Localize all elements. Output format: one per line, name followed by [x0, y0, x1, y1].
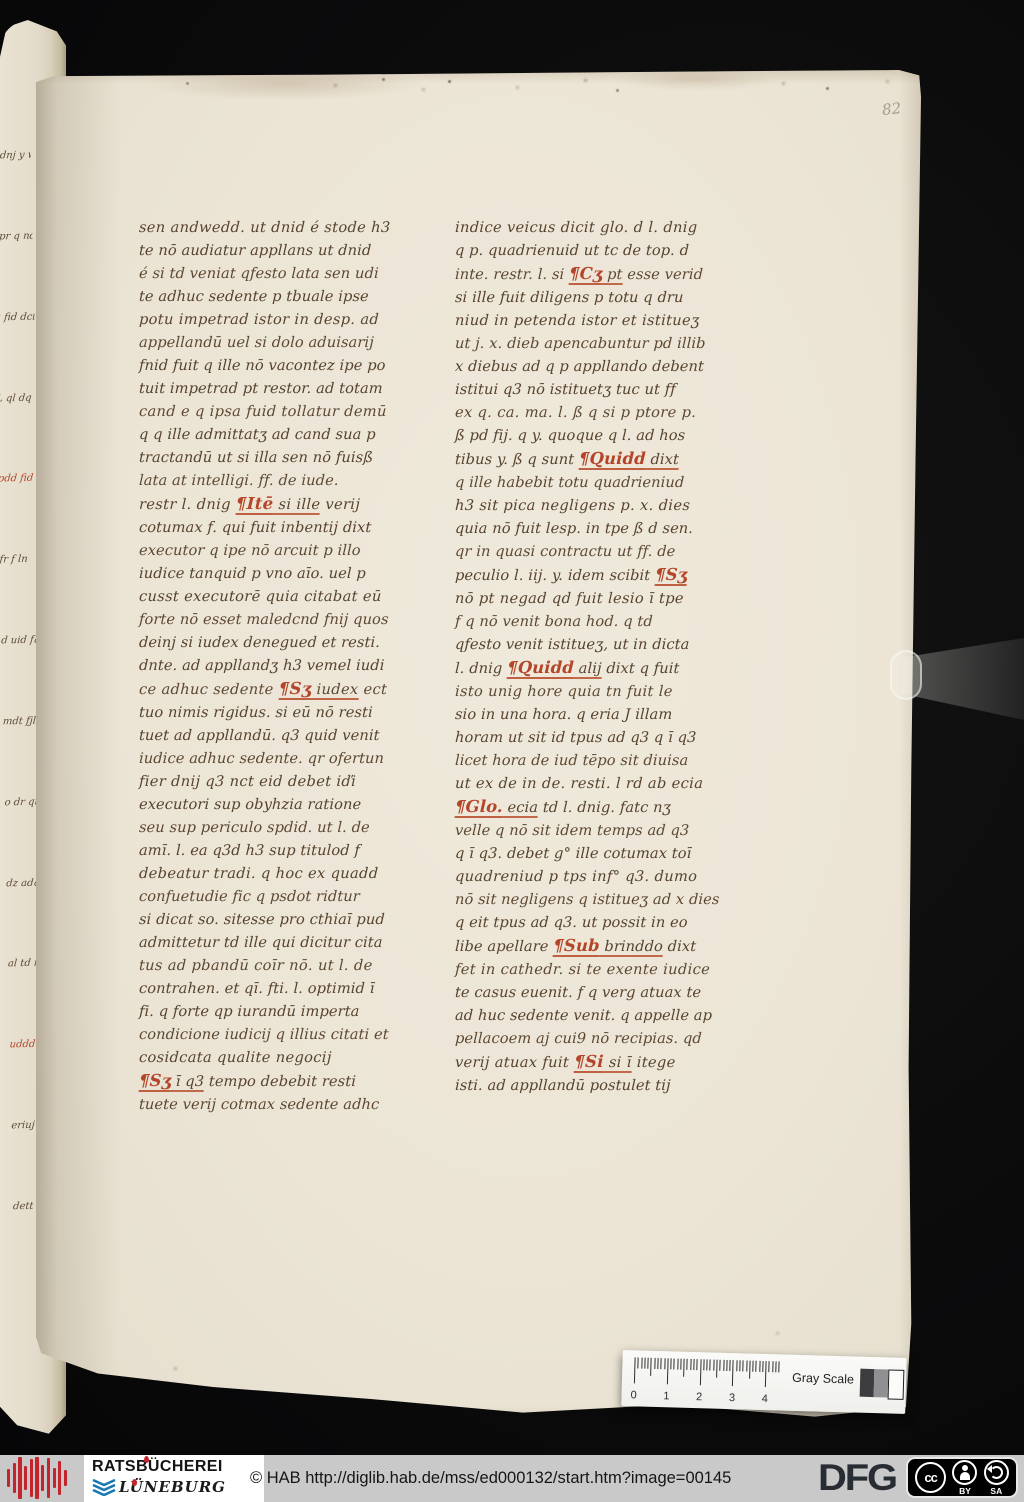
- foxing-stains: [186, 82, 189, 85]
- manuscript-line: debeatur tradi. q hoc ex quadd: [139, 862, 408, 885]
- manuscript-line: confuetudie fic q psdot ridtur: [139, 885, 408, 908]
- ruler-tick: [762, 1361, 763, 1372]
- cc-license-badge[interactable]: cc BY SA: [906, 1457, 1018, 1498]
- ruler-tick: [647, 1358, 648, 1369]
- manuscript-line: niud in petenda istor et istitueʒ: [455, 309, 724, 332]
- edge-text-fragment: L ql dq: [0, 392, 37, 404]
- ruler-tick: [723, 1360, 724, 1371]
- rubric-mark: ¶Sub: [553, 936, 600, 957]
- manuscript-line: executori sup obyhzia ratione: [139, 793, 408, 816]
- manuscript-line: cand e q ipsa fuid tollatur demū: [139, 400, 408, 423]
- manuscript-line: te nō audiatur appllans ut dnid: [139, 239, 408, 262]
- ruler-tick: [779, 1361, 780, 1372]
- manuscript-line: l. dnig ¶Quidd alij dixt q fuit: [455, 656, 724, 680]
- manuscript-line: dnte. ad appllandʒ h3 vemel iudi: [139, 654, 408, 677]
- rubric-mark: ¶Itē: [235, 494, 273, 515]
- ruler-tick: [710, 1359, 711, 1370]
- rubric-mark: ¶Glo.: [455, 797, 504, 818]
- manuscript-line: te casus euenit. f q verg atuax te: [455, 981, 724, 1004]
- manuscript-line: istitui q3 nō istituetʒ tuc ut ff: [455, 378, 724, 401]
- manuscript-line: si ille fuit diligens p totu q dru: [455, 286, 724, 309]
- manuscript-line: qfesto venit istitueʒ, ut in dicta: [455, 633, 724, 656]
- ruler-tick: [683, 1359, 685, 1377]
- manuscript-line: q ī q3. debet g° ille cotumax toī: [455, 842, 724, 865]
- ruler-tick: [752, 1361, 753, 1372]
- ruler-tick: [746, 1360, 747, 1371]
- manuscript-line: q ille habebit totu quadrieniud: [455, 471, 724, 494]
- manuscript-line: forte nō esset maledcnd fnij quos: [139, 608, 408, 631]
- manuscript-line: licet hora de iud tēpo sit diuisa: [455, 749, 724, 772]
- manuscript-line: ce adhuc sedente ¶Sʒ iudex ect: [139, 677, 408, 701]
- folio-number: 82: [881, 99, 902, 119]
- manuscript-line: lata at intelligi. ff. de iude.: [139, 469, 408, 492]
- ruler-tick: [661, 1358, 662, 1369]
- ruler-tick-label: 2: [696, 1391, 702, 1403]
- logo-bar: [13, 1463, 16, 1493]
- manuscript-line: ex q. ca. ma. l. ß q si p ptore p.: [455, 401, 724, 424]
- ruler-tick: [693, 1359, 694, 1370]
- edge-text-fragment: dpr q nd: [0, 231, 33, 243]
- umlaut-drop-icon: [132, 1479, 137, 1486]
- cc-icon: cc: [915, 1462, 946, 1493]
- ruler-tick: [690, 1359, 691, 1370]
- manuscript-line: appellandū uel si dolo aduisarij: [139, 331, 408, 354]
- manuscript-line: tractandū ut si illa sen nō fuisß: [139, 446, 408, 469]
- rubric-mark: ¶Sʒ: [139, 1071, 172, 1092]
- rubric-mark: ¶Cʒ: [569, 264, 603, 285]
- manuscript-line: sen andwedd. ut dnid é stode h3: [139, 216, 408, 239]
- manuscript-line: tuit impetrad pt restor. ad totam: [139, 377, 408, 400]
- manuscript-page: 82 sen andwedd. ut dnid é stode h3te nō …: [36, 70, 921, 1418]
- ruler-tick: [641, 1358, 642, 1369]
- share-alike-arrow-icon: [984, 1460, 1009, 1485]
- manuscript-line: quadreniud p tps inf° q3. dumo: [455, 865, 724, 888]
- rubric-mark: ¶Sʒ: [655, 565, 688, 586]
- manuscript-line: restr l. dnig ¶Itē si ille verij: [139, 492, 408, 516]
- manuscript-line: potu impetrad istor in desp. ad: [139, 308, 408, 331]
- manuscript-line: nō sit negligens q istitueʒ ad x dies: [455, 888, 724, 911]
- ruler-tick: [638, 1357, 639, 1368]
- manuscript-line: condicione iudicij q illius citati et: [139, 1023, 408, 1046]
- manuscript-line: cotumax f. qui fuit inbentij dixt: [139, 516, 408, 539]
- manuscript-line: deinj si iudex denegued et resti.: [139, 631, 408, 654]
- ruler-tick: [644, 1358, 645, 1369]
- manuscript-line: iudice tanquid p vno aīo. uel p: [139, 562, 408, 585]
- manuscript-line: tuet ad appllandū. q3 quid venit: [139, 724, 408, 747]
- ruler-tick: [756, 1361, 757, 1372]
- manuscript-line: é si td veniat qfesto lata sen udi: [139, 262, 408, 285]
- manuscript-line: contrahen. et qī. fti. l. optimid ī: [139, 977, 408, 1000]
- manuscript-line: peculio l. iij. y. idem scibit ¶Sʒ: [455, 563, 724, 587]
- patch-dark-gray: [860, 1369, 875, 1397]
- edge-text-fragment: ɔ dnj y wvi: [0, 150, 31, 162]
- ruler-tick: [703, 1359, 704, 1370]
- ruler-tick-label: 1: [663, 1390, 669, 1402]
- manuscript-line: fier dnij q3 nct eid debet iďi: [139, 770, 408, 793]
- ruler-tick-label: 0: [630, 1389, 636, 1401]
- manuscript-line: nō pt negad qd fuit lesio ī tpe: [455, 587, 724, 610]
- logo-bar: [7, 1469, 10, 1487]
- manuscript-line: isti. ad appllandū postulet tij: [455, 1074, 724, 1097]
- manuscript-line: velle q nō sit idem temps ad q3: [455, 819, 724, 842]
- logo-bar: [47, 1458, 50, 1498]
- logo-bar: [30, 1459, 33, 1497]
- ruler-tick: [726, 1360, 727, 1371]
- ruler-tick: [706, 1359, 707, 1370]
- ruler-tick-label: 3: [729, 1392, 735, 1404]
- logo-bar: [41, 1465, 44, 1491]
- edge-text-fragment: d uid fqd: [1, 635, 42, 647]
- ruler-tick: [674, 1358, 675, 1369]
- ruler-tick: [713, 1360, 714, 1371]
- logo-bar: [35, 1457, 38, 1499]
- manuscript-line: ¶Glo. ecia td l. dnig. fatc nʒ: [455, 795, 724, 819]
- ruler-tick: [651, 1358, 653, 1376]
- manuscript-line: admittetur td ille qui dicitur cita: [139, 931, 408, 954]
- ruler-tick: [765, 1361, 767, 1387]
- ruler-tick: [687, 1359, 688, 1370]
- manuscript-column-right: indice veicus dicit glo. d l. dnigq p. q…: [455, 216, 723, 1097]
- ruler-tick: [677, 1359, 678, 1370]
- ruler-tick: [749, 1361, 751, 1379]
- logo-bar: [53, 1468, 56, 1488]
- ruler-tick: [759, 1361, 760, 1372]
- ruler-tick: [772, 1361, 773, 1372]
- manuscript-line: cosidcata qualite negocij: [139, 1046, 408, 1069]
- sa-label: SA: [990, 1486, 1002, 1496]
- manuscript-line: ut j. x. dieb apencabuntur pd illib: [455, 332, 724, 355]
- manuscript-line: isto unig hore quia tn fuit le: [455, 680, 724, 703]
- manuscript-line: tus ad pbandū coīr nō. ut l. de: [139, 954, 408, 977]
- manuscript-line: ß pd fij. q y. quoque q l. ad hos: [455, 424, 724, 447]
- ruler-tick-label: 4: [762, 1393, 768, 1405]
- manuscript-line: ad huc sedente venit. q appelle ap: [455, 1004, 724, 1027]
- manuscript-line: tuo nimis rigidus. si eū nō resti: [139, 701, 408, 724]
- attribution-person-icon: [952, 1460, 977, 1485]
- manuscript-line: amī. l. ea q3d h3 sup titulod f: [139, 839, 408, 862]
- library-name: RATSBÜCHEREI: [92, 1458, 223, 1476]
- manuscript-line: fnid fuit q ille nō vacontez ipe po: [139, 354, 408, 377]
- edge-text-fragment: u fid dct: [0, 311, 35, 323]
- library-bars-icon: [7, 1457, 67, 1499]
- manuscript-line: h3 sit pica negligens p. x. dies: [455, 494, 724, 517]
- ruler-tick: [729, 1360, 730, 1371]
- manuscript-column-left: sen andwedd. ut dnid é stode h3te nō aud…: [139, 216, 407, 1116]
- edge-text-fragment: pdd fid: [0, 473, 38, 485]
- patch-white: [888, 1369, 905, 1399]
- manuscript-line: iudice adhuc sedente. qr ofertun: [139, 747, 408, 770]
- patch-mid-gray: [874, 1369, 889, 1397]
- edge-text-fragment: fr f ln: [0, 554, 40, 566]
- manuscript-line: qr in quasi contractu ut ff. de: [455, 540, 724, 563]
- manuscript-line: q q ille admittatʒ ad cand sua p: [139, 423, 408, 446]
- grayscale-label: Gray Scale: [792, 1371, 854, 1387]
- grayscale-ruler: 01234 Gray Scale: [621, 1350, 906, 1414]
- ruler-tick: [736, 1360, 737, 1371]
- logo-bar: [64, 1470, 67, 1486]
- manuscript-line: indice veicus dicit glo. d l. dnig: [455, 216, 724, 239]
- ruler-ticks: 01234: [634, 1357, 785, 1391]
- ruler-tick: [667, 1358, 669, 1384]
- manuscript-line: tuete verij cotmax sedente adhc: [139, 1093, 408, 1116]
- manuscript-line: te adhuc sedente p tbuale ipse: [139, 285, 408, 308]
- ruler-tick: [657, 1358, 658, 1369]
- manuscript-line: ut ex de in de. resti. l rd ab ecia: [455, 772, 724, 795]
- logo-bar: [18, 1457, 21, 1499]
- ruler-tick: [664, 1358, 665, 1369]
- manuscript-line: sio in una hora. q eria J illam: [455, 703, 724, 726]
- manuscript-line: verij atuax fuit ¶Si si ī itege: [455, 1050, 724, 1074]
- book-waves-icon: [92, 1478, 116, 1496]
- ruler-tick: [769, 1361, 770, 1372]
- manuscript-line: tibus y. ß q sunt ¶Quidd dixt: [455, 447, 724, 471]
- rubric-mark: ¶Quidd: [579, 449, 647, 470]
- ruler-tick: [739, 1360, 740, 1371]
- manuscript-line: si dicat so. sitesse pro cthiaī pud: [139, 908, 408, 931]
- manuscript-line: fet in cathedr. si te exente iudice: [455, 958, 724, 981]
- ruler-tick: [732, 1360, 734, 1386]
- manuscript-line: inte. restr. l. si ¶Cʒ pt esse verid: [455, 262, 724, 286]
- ruler-tick: [697, 1359, 698, 1370]
- manuscript-line: fi. q forte qp iurandū imperta: [139, 1000, 408, 1023]
- manuscript-line: q p. quadrienuid ut tc de top. d: [455, 239, 724, 262]
- manuscript-line: ¶Sʒ ī q3 tempo debebit resti: [139, 1069, 408, 1093]
- ruler-tick: [654, 1358, 655, 1369]
- by-label: BY: [959, 1486, 971, 1496]
- page-holder-clip: [890, 650, 922, 700]
- umlaut-drop-icon: [144, 1456, 149, 1463]
- ruler-tick: [743, 1360, 744, 1371]
- manuscript-line: pellacoem aj cui9 nō recipias. qd: [455, 1027, 724, 1050]
- manuscript-line: f q nō venit bona hod. q td: [455, 610, 724, 633]
- rubric-mark: ¶Quidd: [507, 658, 575, 679]
- manuscript-line: horam ut sit id tpus ad q3 q ī q3: [455, 726, 724, 749]
- footer-bar: RATSBÜCHEREI LÜNEBURG © HAB http://digli…: [0, 1455, 1024, 1502]
- ruler-tick: [670, 1358, 671, 1369]
- logo-bar: [24, 1466, 27, 1490]
- copyright-url-text[interactable]: © HAB http://diglib.hab.de/mss/ed000132/…: [250, 1469, 731, 1488]
- rubric-mark: ¶Sʒ: [278, 679, 312, 700]
- grayscale-patches: [860, 1369, 905, 1400]
- library-logo: RATSBÜCHEREI LÜNEBURG: [84, 1455, 264, 1502]
- manuscript-line: cusst executorē quia citabat eū: [139, 585, 408, 608]
- dfg-logo[interactable]: DFG: [818, 1457, 896, 1499]
- logo-bar: [58, 1461, 61, 1495]
- manuscript-line: libe apellare ¶Sub brinddo dixt: [455, 934, 724, 958]
- manuscript-line: executor q ipe nō arcuit p illo: [139, 539, 408, 562]
- ruler-tick: [716, 1360, 718, 1378]
- ruler-tick: [680, 1359, 681, 1370]
- ruler-tick: [720, 1360, 721, 1371]
- manuscript-line: seu sup periculo spdid. ut l. de: [139, 816, 408, 839]
- ruler-tick: [699, 1359, 701, 1385]
- manuscript-line: quia nō fuit lesp. in tpe ß d sen.: [455, 517, 724, 540]
- scan-background: ɔ dnj y wvidpr q ndu fid dctL ql dqpdd f…: [0, 0, 1024, 1502]
- ruler-tick: [775, 1361, 776, 1372]
- ruler-tick: [634, 1357, 636, 1383]
- rubric-mark: ¶Si: [574, 1052, 604, 1073]
- manuscript-line: x diebus ad q p appllando debent: [455, 355, 724, 378]
- manuscript-line: q eit tpus ad q3. ut possit in eo: [455, 911, 724, 934]
